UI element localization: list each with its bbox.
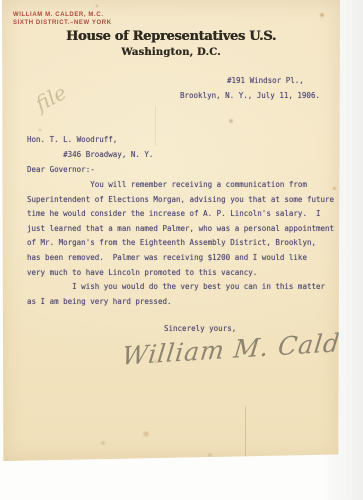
org-name: House of Representatives U.S.	[2, 29, 340, 44]
dateline-city-date: Brooklyn, N. Y., July 11, 1906.	[180, 89, 320, 104]
org-city: Washington, D.C.	[2, 47, 340, 58]
sender-district: SIXTH DISTRICT.–NEW YORK	[13, 19, 112, 27]
fox-spot	[142, 430, 150, 438]
fox-spot	[100, 440, 106, 446]
fold-crease	[245, 406, 246, 461]
paper-mark	[155, 106, 156, 146]
pencil-file-note: file	[31, 80, 70, 116]
letter-paper: WILLIAM M. CALDER, M.C. SIXTH DISTRICT.–…	[2, 0, 340, 461]
salutation: Dear Governor:-	[27, 163, 95, 178]
fox-spot	[319, 12, 325, 18]
fox-spot	[95, 4, 99, 8]
fox-spot	[228, 118, 234, 124]
dateline-street: #191 Windsor Pl.,	[227, 74, 304, 89]
fox-spot	[207, 452, 213, 458]
letter-body: You will remember receiving a communicat…	[27, 178, 334, 309]
letterhead-org-block: House of Representatives U.S. Washington…	[2, 29, 340, 58]
sender-name: WILLIAM M. CALDER, M.C.	[13, 11, 112, 19]
fox-spot	[38, 128, 42, 132]
recipient-address: Hon. T. L. Woodruff, #346 Broadway, N. Y…	[27, 133, 153, 162]
letterhead-sender-block: WILLIAM M. CALDER, M.C. SIXTH DISTRICT.–…	[13, 11, 112, 27]
signature: William M. Calder	[121, 326, 363, 370]
scan-background: WILLIAM M. CALDER, M.C. SIXTH DISTRICT.–…	[0, 0, 363, 500]
